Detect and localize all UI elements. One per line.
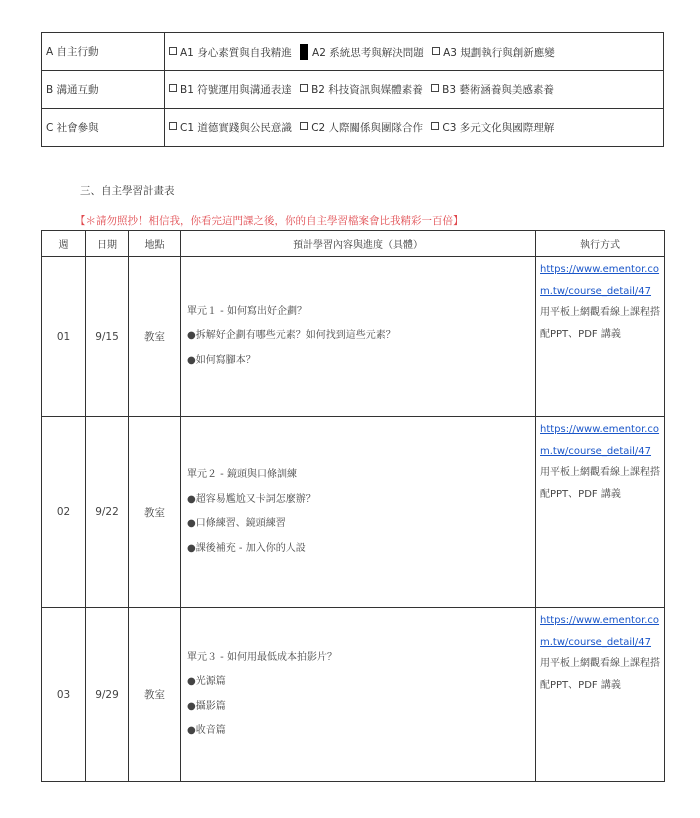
header-date: 日期 (86, 231, 129, 257)
content-cell: 單元３ - 如何用最低成本拍影片？ ●光源篇 ●攝影篇 ●收音篇 (181, 608, 536, 782)
competency-row-a: A 自主行動 A1 身心素質與自我精進 A2 系統思考與解決問題 A3 規劃執行… (42, 33, 664, 71)
checkbox-icon[interactable] (432, 47, 440, 55)
header-content: 預計學習內容與進度（具體） (181, 231, 536, 257)
week-cell: 03 (42, 608, 86, 782)
place-cell: 教室 (129, 417, 181, 608)
header-week: 週 (42, 231, 86, 257)
option-c1[interactable]: C1 道德實踐與公民意識 (169, 122, 292, 134)
content-item: ●收音篇 (187, 719, 535, 744)
competency-options: C1 道德實踐與公民意識 C2 人際關係與團隊合作 C3 多元文化與國際理解 (165, 109, 664, 147)
checkbox-icon[interactable] (169, 84, 177, 92)
competency-row-b: B 溝通互動 B1 符號運用與溝通表達 B2 科技資訊與媒體素養 B3 藝術涵養… (42, 71, 664, 109)
unit-title: 單元３ - 如何用最低成本拍影片？ (187, 646, 535, 671)
header-place: 地點 (129, 231, 181, 257)
header-method: 執行方式 (536, 231, 665, 257)
date-cell: 9/22 (86, 417, 129, 608)
section-title: 三、自主學習計畫表 (80, 183, 175, 198)
place-cell: 教室 (129, 608, 181, 782)
checkbox-icon[interactable] (169, 122, 177, 130)
category-label: C 社會參與 (42, 109, 165, 147)
content-item: ●光源篇 (187, 670, 535, 695)
table-row: 03 9/29 教室 單元３ - 如何用最低成本拍影片？ ●光源篇 ●攝影篇 ●… (42, 608, 665, 782)
category-label: A 自主行動 (42, 33, 165, 71)
place-cell: 教室 (129, 257, 181, 417)
content-item: ●口條練習、鏡頭練習 (187, 512, 535, 537)
unit-title: 單元１ - 如何寫出好企劃？ (187, 300, 535, 325)
option-c2[interactable]: C2 人際關係與團隊合作 (300, 122, 423, 134)
method-cell: https://www.ementor.com.tw/course_detail… (536, 608, 665, 782)
content-item: ●超容易尷尬又卡詞怎麼辦？ (187, 488, 535, 513)
course-link[interactable]: https://www.ementor.com.tw/course_detail… (540, 264, 659, 297)
method-cell: https://www.ementor.com.tw/course_detail… (536, 257, 665, 417)
option-b1[interactable]: B1 符號運用與溝通表達 (169, 84, 292, 96)
content-item: ●拆解好企劃有哪些元素？如何找到這些元素？ (187, 324, 535, 349)
content-cell: 單元２ - 鏡頭與口條訓練 ●超容易尷尬又卡詞怎麼辦？ ●口條練習、鏡頭練習 ●… (181, 417, 536, 608)
category-label: B 溝通互動 (42, 71, 165, 109)
course-link[interactable]: https://www.ementor.com.tw/course_detail… (540, 615, 659, 648)
method-text: 用平板上網觀看線上課程搭配PPT、PDF 講義 (540, 658, 660, 691)
content-item: ●如何寫腳本？ (187, 349, 535, 374)
option-a2[interactable]: A2 系統思考與解決問題 (300, 47, 424, 59)
competency-table: A 自主行動 A1 身心素質與自我精進 A2 系統思考與解決問題 A3 規劃執行… (41, 32, 664, 147)
content-item: ●課後補充 - 加入你的人設 (187, 537, 535, 562)
unit-title: 單元２ - 鏡頭與口條訓練 (187, 463, 535, 488)
table-row: 02 9/22 教室 單元２ - 鏡頭與口條訓練 ●超容易尷尬又卡詞怎麼辦？ ●… (42, 417, 665, 608)
option-b2[interactable]: B2 科技資訊與媒體素養 (300, 84, 423, 96)
table-row: 01 9/15 教室 單元１ - 如何寫出好企劃？ ●拆解好企劃有哪些元素？如何… (42, 257, 665, 417)
warning-note: 【＊請勿照抄！相信我，你看完這門課之後，你的自主學習檔案會比我精彩一百倍】 (75, 213, 464, 228)
week-cell: 02 (42, 417, 86, 608)
option-a1[interactable]: A1 身心素質與自我精進 (169, 47, 292, 59)
option-a3[interactable]: A3 規劃執行與創新應變 (432, 47, 555, 59)
option-b3[interactable]: B3 藝術涵養與美感素養 (431, 84, 554, 96)
date-cell: 9/29 (86, 608, 129, 782)
checkbox-icon[interactable] (431, 122, 439, 130)
header-row: 週 日期 地點 預計學習內容與進度（具體） 執行方式 (42, 231, 665, 257)
competency-options: A1 身心素質與自我精進 A2 系統思考與解決問題 A3 規劃執行與創新應變 (165, 33, 664, 71)
content-cell: 單元１ - 如何寫出好企劃？ ●拆解好企劃有哪些元素？如何找到這些元素？ ●如何… (181, 257, 536, 417)
week-cell: 01 (42, 257, 86, 417)
study-plan-table: 週 日期 地點 預計學習內容與進度（具體） 執行方式 01 9/15 教室 單元… (41, 230, 665, 782)
competency-row-c: C 社會參與 C1 道德實踐與公民意識 C2 人際關係與團隊合作 C3 多元文化… (42, 109, 664, 147)
method-cell: https://www.ementor.com.tw/course_detail… (536, 417, 665, 608)
checkbox-icon[interactable] (431, 84, 439, 92)
checkbox-icon[interactable] (169, 47, 177, 55)
checkbox-icon[interactable] (300, 122, 308, 130)
content-item: ●攝影篇 (187, 695, 535, 720)
checked-box-icon[interactable] (300, 44, 308, 60)
method-text: 用平板上網觀看線上課程搭配PPT、PDF 講義 (540, 467, 660, 500)
date-cell: 9/15 (86, 257, 129, 417)
course-link[interactable]: https://www.ementor.com.tw/course_detail… (540, 424, 659, 457)
method-text: 用平板上網觀看線上課程搭配PPT、PDF 講義 (540, 307, 660, 340)
option-c3[interactable]: C3 多元文化與國際理解 (431, 122, 554, 134)
competency-options: B1 符號運用與溝通表達 B2 科技資訊與媒體素養 B3 藝術涵養與美感素養 (165, 71, 664, 109)
checkbox-icon[interactable] (300, 84, 308, 92)
